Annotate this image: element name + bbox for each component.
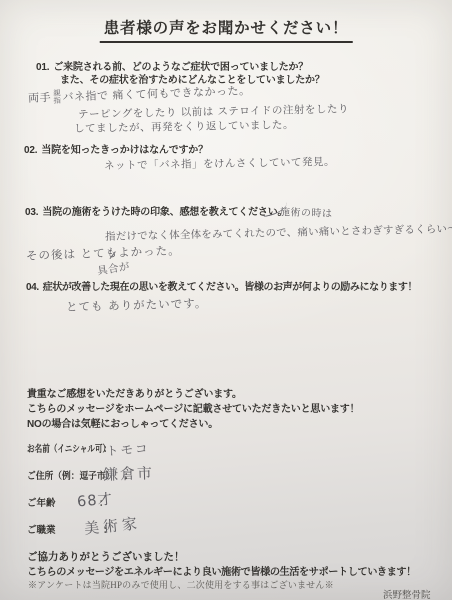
handwritten-answer-4: とても ありがたいです。 — [66, 295, 208, 315]
question-4-line-1: 04.症状が改善した現在の思いを教えてください。皆様のお声が何よりの励みになりま… — [26, 278, 417, 293]
field-row-address: ご住所（例：逗子市） ： — [27, 468, 427, 486]
field-label-name: お名前（イニシャル可） — [27, 441, 110, 455]
handwritten-answer-1-line-3: してましたが、再発をくり返していました。 — [74, 117, 294, 136]
handwritten-answer-2: ネットで「バネ指」をけんさくしていて発見。 — [104, 154, 335, 173]
handwritten-address-value: 鎌倉市 — [103, 462, 155, 485]
handwritten-name-value: トモコ — [105, 439, 150, 460]
handwritten-margin-note: 施術の時は — [280, 203, 333, 220]
field-label-age: ご年齢 — [27, 495, 56, 509]
closing-line-2: こちらのメッセージをエネルギーにより良い施術で皆様の生活をサポートしていきます！ — [27, 563, 416, 578]
handwritten-answer-3-line-2: その後は とてもよかった。 — [26, 242, 181, 263]
question-4-text: 症状が改善した現在の思いを教えてください。皆様のお声が何よりの励みになります！ — [43, 282, 417, 293]
clinic-name: 浜野整骨院 — [383, 587, 431, 600]
closing-line-1: ご協力ありがとうございました！ — [27, 549, 185, 564]
question-2-number: 02. — [24, 145, 37, 156]
consent-line-3: NOの場合は気軽におっしゃってください。 — [27, 415, 218, 430]
handwritten-age-value: 68才 — [76, 487, 114, 511]
question-3-number: 03. — [25, 207, 38, 218]
question-3-line-1: 03.当院の施術をうけた時の印象、感想を教えてください。 — [25, 203, 287, 218]
question-4-number: 04. — [26, 282, 39, 293]
field-label-address: ご住所（例：逗子市） — [27, 468, 114, 482]
questionnaire-page: 患者様の声をお聞かせください！ 01.ご来院される前、どのようなご症状で困ってい… — [0, 0, 452, 600]
usage-note: ※アンケートは当院HPのみで使用し、二次使用をする事はございません※ — [28, 578, 334, 591]
field-label-occupation: ご職業 — [27, 522, 56, 536]
question-2-text: 当院を知ったきっかけはなんですか？ — [41, 145, 208, 156]
question-1-number: 01. — [36, 62, 49, 73]
handwritten-insertion-word: 具合が — [96, 259, 131, 279]
page-title: 患者様の声をお聞かせください！ — [100, 16, 353, 43]
question-3-text: 当院の施術をうけた時の印象、感想を教えてください。 — [42, 207, 287, 218]
stacked-kanji-thumb: 親指 — [53, 89, 61, 104]
field-row-name: お名前（イニシャル可） ： — [27, 441, 427, 459]
consent-line-2: こちらのメッセージをホームページに記載させていただきたいと思います！ — [27, 400, 359, 415]
consent-line-1: 貴重なご感想をいただきありがとうございます。 — [27, 385, 242, 400]
question-2-line-1: 02.当院を知ったきっかけはなんですか？ — [24, 141, 208, 156]
handwritten-answer-3-line-1: 指だけでなく体全体をみてくれたので、痛い痛いとさわぎすぎるくらい〜 — [105, 221, 452, 244]
